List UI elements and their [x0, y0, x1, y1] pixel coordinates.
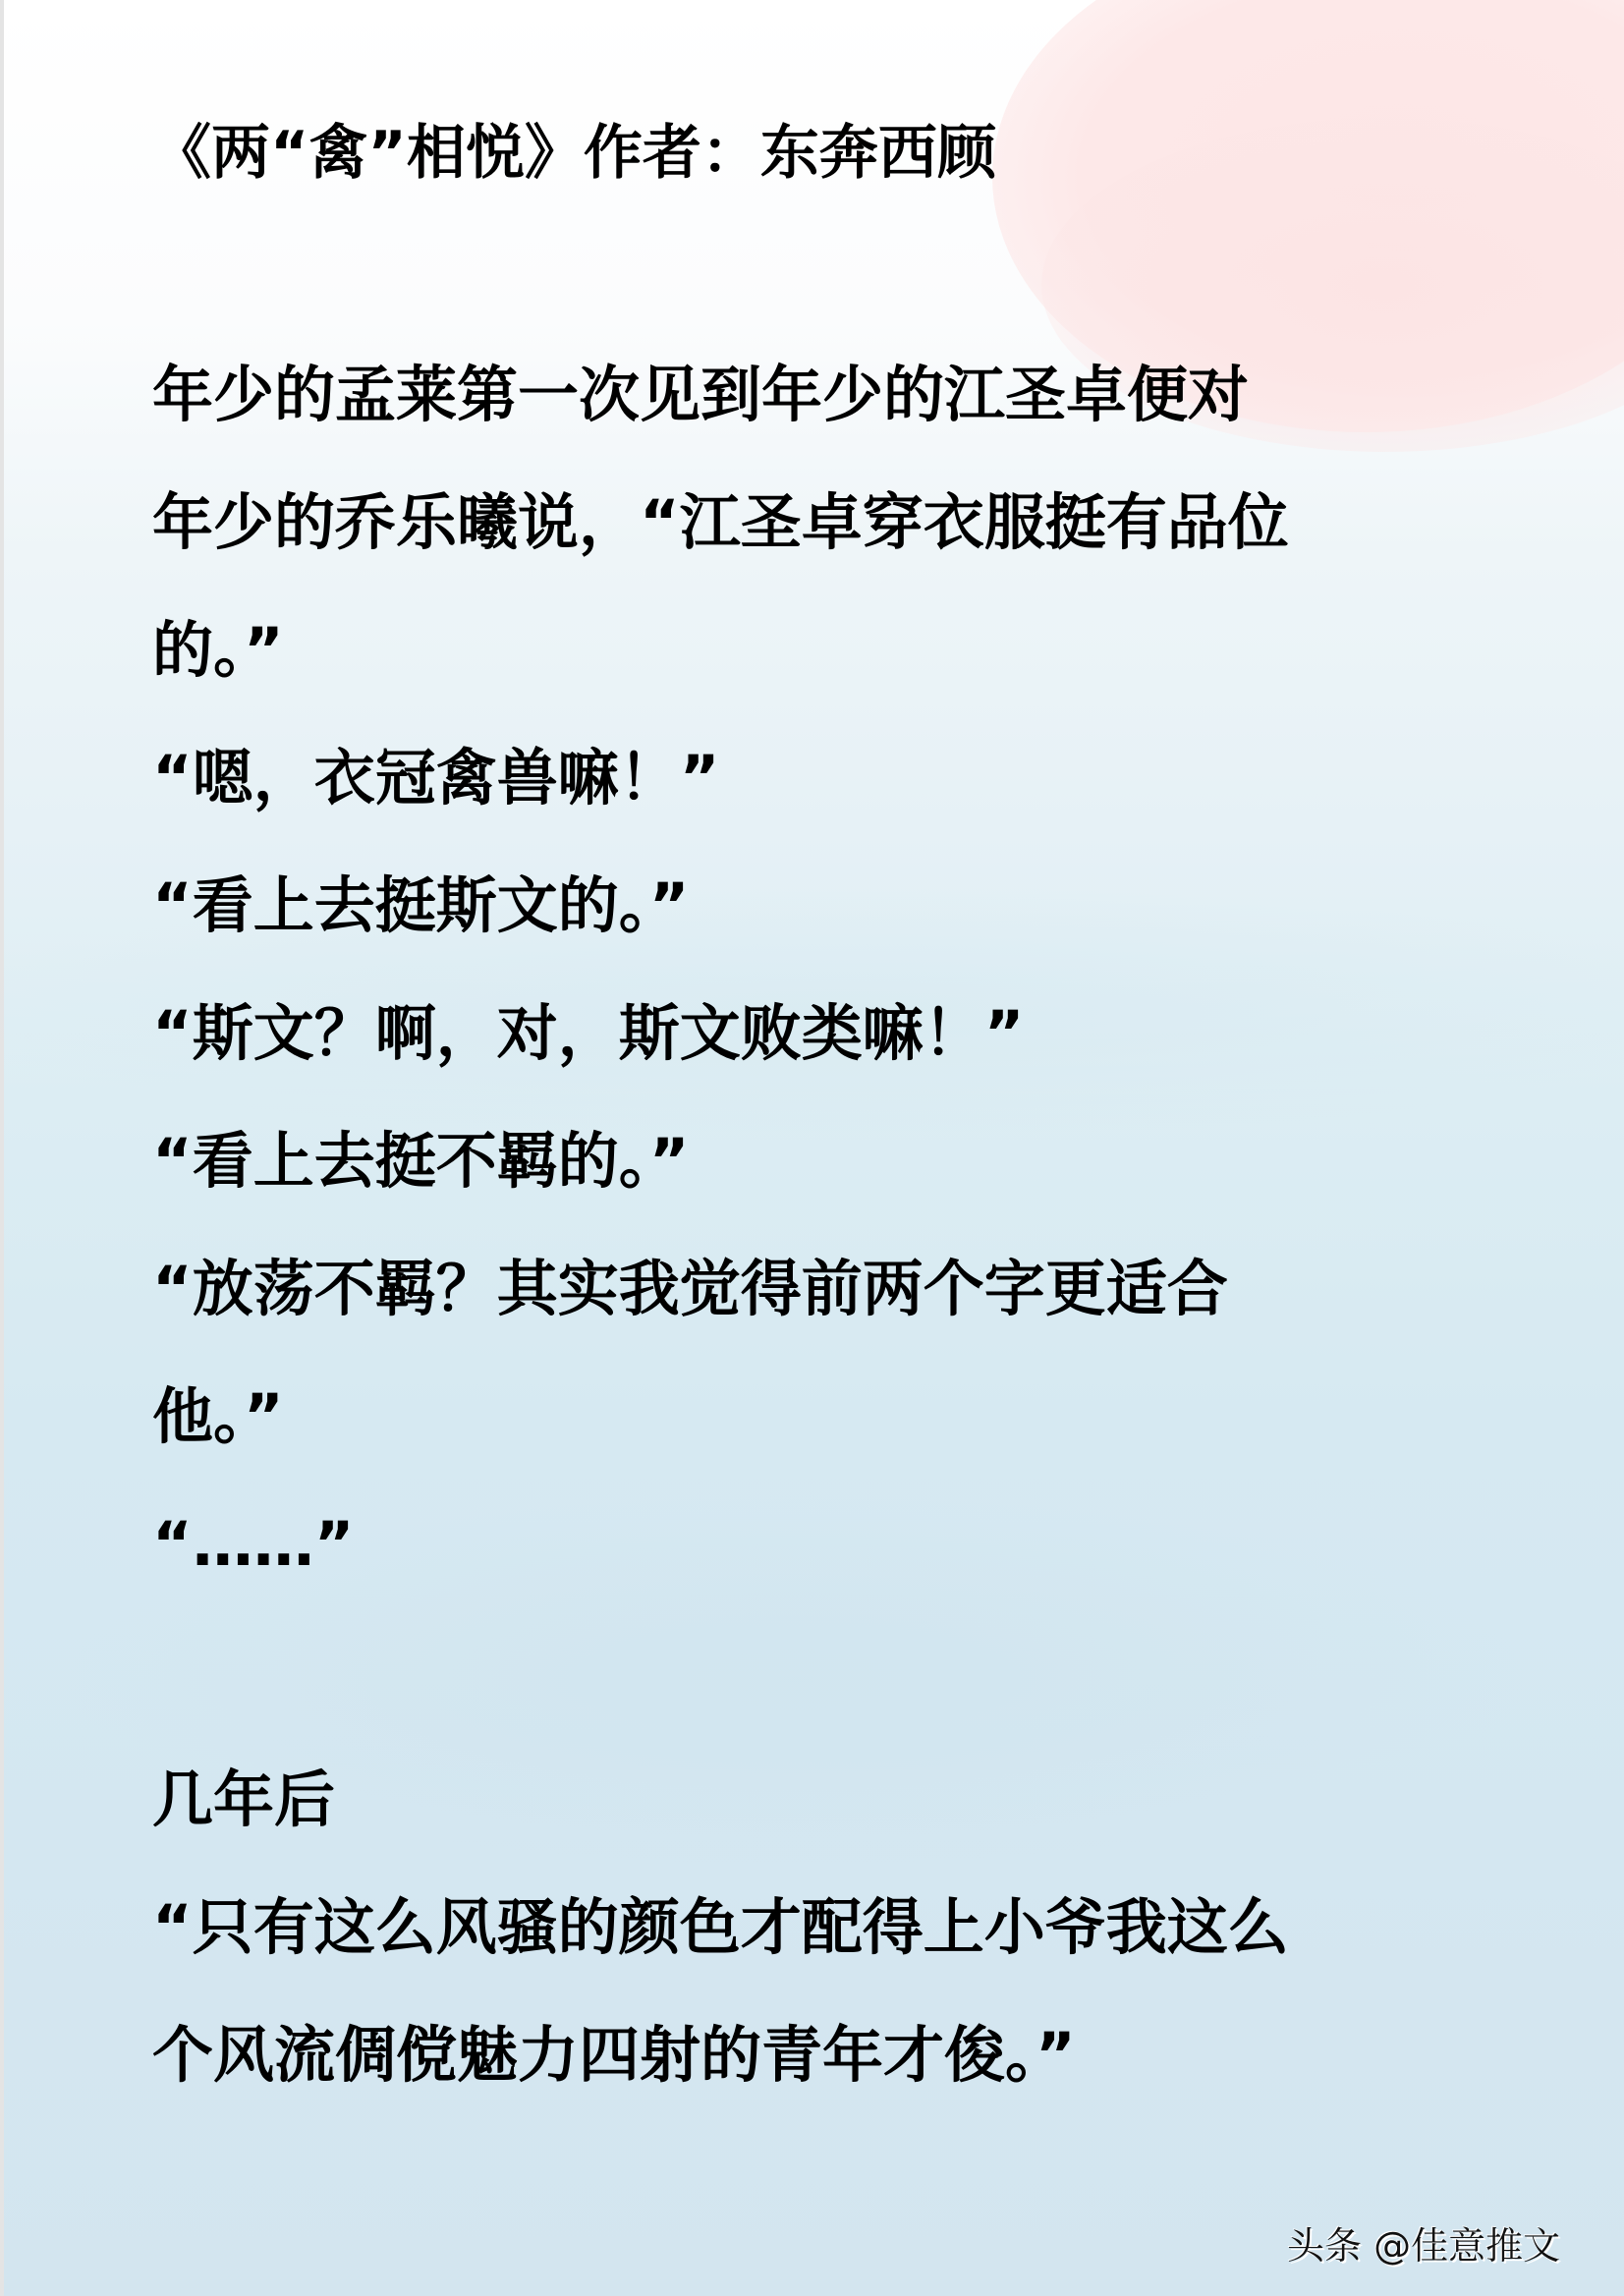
paragraph-line: 他。”	[152, 1377, 284, 1456]
section-heading: 几年后	[152, 1761, 335, 1839]
paragraph-line: “嗯，衣冠禽兽嘛！”	[152, 739, 720, 817]
paragraph-line: “斯文？啊，对，斯文败类嘛！”	[152, 994, 1025, 1073]
paragraph-line: “……”	[152, 1505, 355, 1584]
paragraph-line: “看上去挺斯文的。”	[152, 867, 690, 945]
paragraph-line: “只有这么风骚的颜色才配得上小爷我这么	[152, 1888, 1289, 1967]
paragraph-line: 年少的孟莱第一次见到年少的江圣卓便对	[152, 356, 1249, 434]
paragraph-line: 的。”	[152, 611, 284, 690]
paragraph-line: 个风流倜傥魅力四射的青年才俊。”	[152, 2016, 1076, 2095]
paragraph-line: 年少的乔乐曦说，“江圣卓穿衣服挺有品位	[152, 483, 1289, 562]
page-left-border	[0, 0, 4, 2296]
watermark-label: 头条 @佳意推文	[1287, 2215, 1560, 2269]
paragraph-line: “放荡不羁？其实我觉得前两个字更适合	[152, 1250, 1228, 1328]
book-title: 《两“禽”相悦》作者：东奔西顾	[152, 106, 996, 191]
paragraph-line: “看上去挺不羁的。”	[152, 1122, 690, 1201]
